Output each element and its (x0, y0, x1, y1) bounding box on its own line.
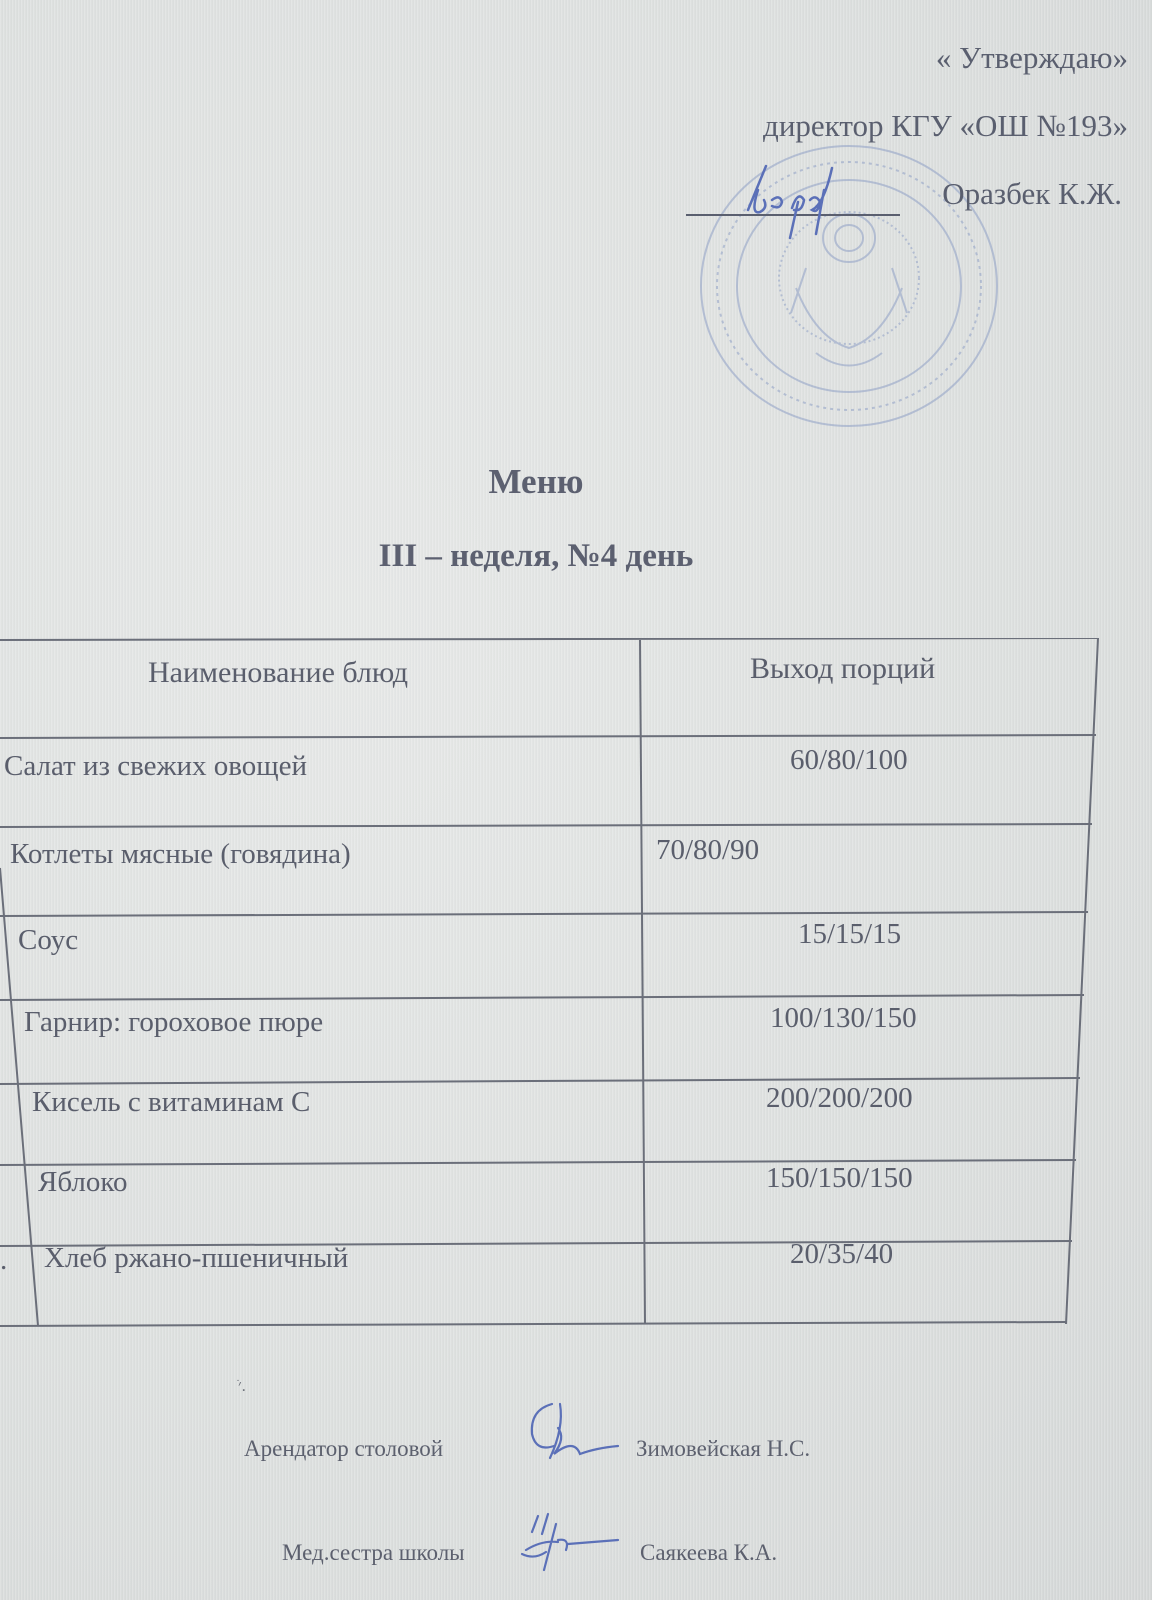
header-portion-yield: Выход порций (750, 652, 935, 686)
director-signature-icon (740, 160, 850, 240)
table-row-2-dish: Котлеты мясные (говядина) (10, 838, 351, 871)
stray-mark: ׂ׳. (238, 1378, 246, 1396)
table-row-7-dish: Хлеб ржано-пшеничный (44, 1242, 348, 1275)
approver-name: Оразбек К.Ж. (942, 176, 1122, 212)
table-row-1-portion: 60/80/100 (790, 744, 908, 777)
document-subtitle: III – неделя, №4 день (0, 538, 1072, 575)
nurse-label: Мед.сестра школы (282, 1540, 465, 1566)
approval-heading: « Утверждаю» (936, 40, 1128, 76)
menu-table: Наименование блюд Выход порций Салат из … (0, 638, 1100, 1328)
nurse-signature-icon (518, 1510, 622, 1576)
table-row-7-portion: 20/35/40 (790, 1238, 893, 1271)
table-grid (0, 638, 1100, 1328)
table-row-7-number: . (0, 1244, 7, 1277)
table-row-2-portion: 70/80/90 (656, 834, 759, 867)
approver-position: директор КГУ «ОШ №193» (763, 108, 1128, 144)
table-row-3-dish: Соус (18, 924, 78, 957)
table-row-1-dish: Салат из свежих овощей (4, 750, 307, 783)
table-row-3-portion: 15/15/15 (798, 918, 901, 951)
nurse-name: Саякеева К.А. (640, 1540, 777, 1566)
header-dish-name: Наименование блюд (148, 656, 408, 690)
document-title: Меню (0, 462, 1072, 502)
table-row-6-dish: Яблоко (38, 1166, 127, 1199)
table-row-4-dish: Гарнир: гороховое пюре (24, 1006, 323, 1039)
table-row-5-dish: Кисель с витаминам С (32, 1086, 310, 1119)
tenant-label: Арендатор столовой (244, 1436, 443, 1462)
table-row-4-portion: 100/130/150 (770, 1002, 917, 1035)
tenant-signature-icon (524, 1398, 624, 1478)
table-row-6-portion: 150/150/150 (766, 1162, 913, 1195)
tenant-name: Зимовейская Н.С. (636, 1436, 810, 1462)
table-row-5-portion: 200/200/200 (766, 1082, 913, 1115)
